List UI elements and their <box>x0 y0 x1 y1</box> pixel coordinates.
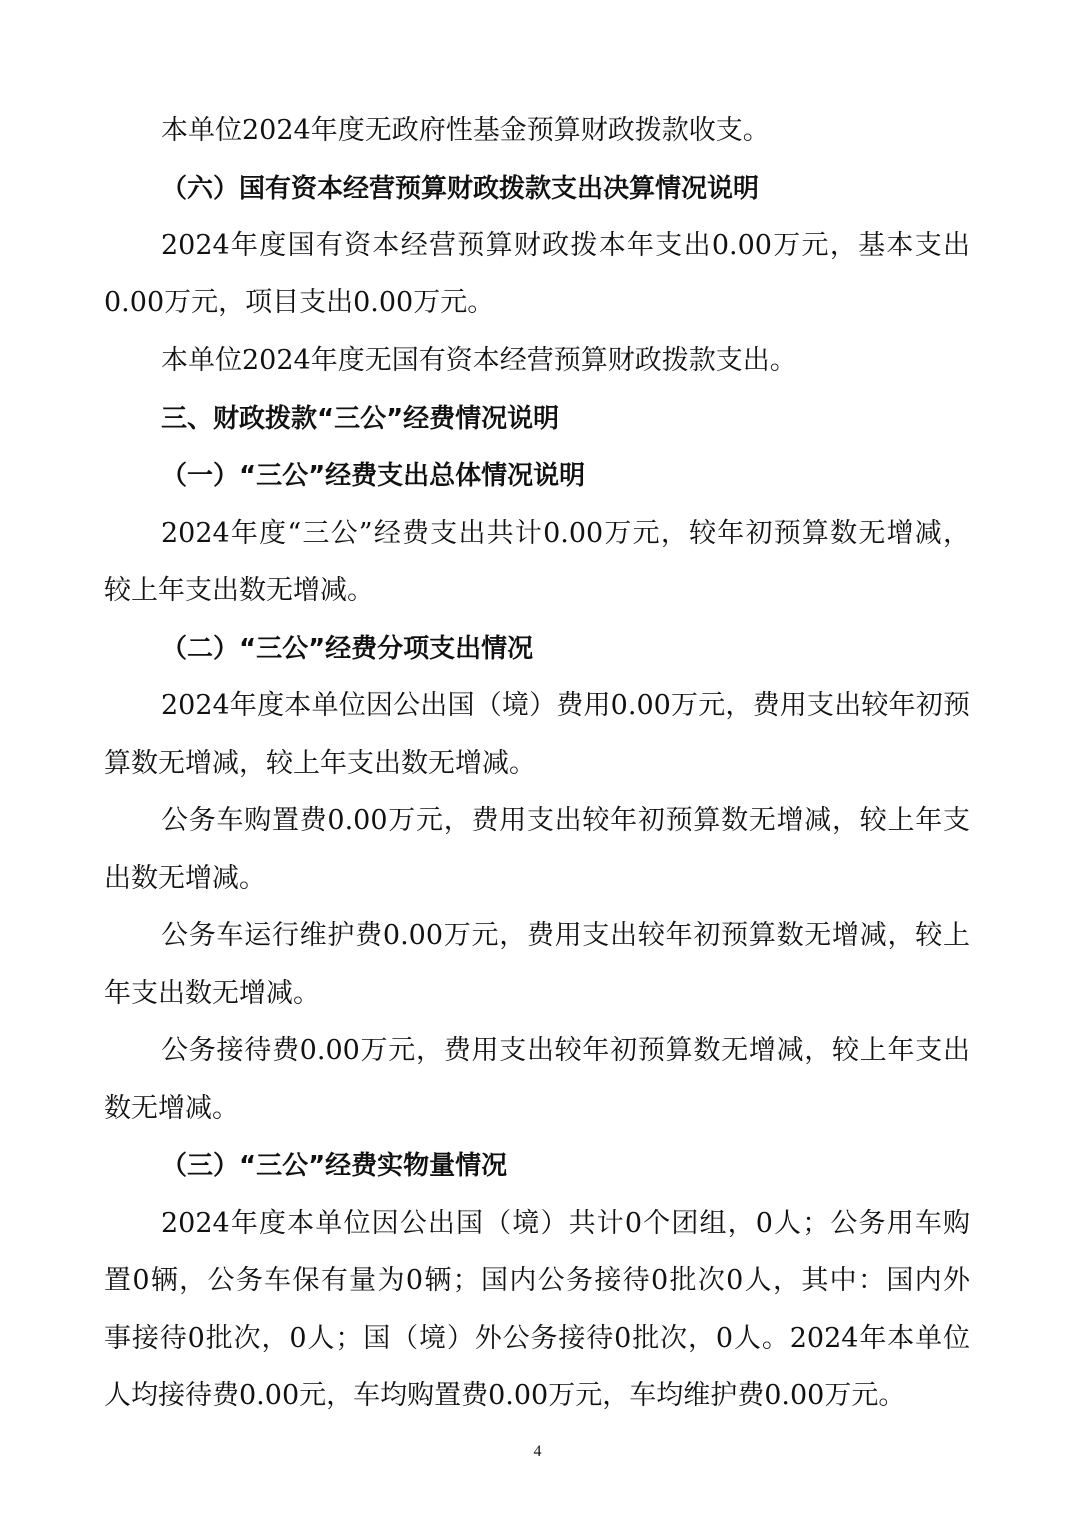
paragraph-line: 人均接待费0.00元，车均购置费0.00万元，车均维护费0.00万元。 <box>0 1381 1075 1411</box>
paragraph-line: 出数无增减。 <box>0 864 1075 894</box>
paragraph-line: 公务车运行维护费0.00万元，费用支出较年初预算数无增减，较上 <box>161 921 970 951</box>
paragraph-line: 本单位2024年度无政府性基金预算财政拨款收支。 <box>0 116 1075 146</box>
paragraph-line: 事接待0批次，0人；国（境）外公务接待0批次，0人。2024年本单位 <box>104 1324 970 1354</box>
paragraph-line: 置0辆，公务车保有量为0辆；国内公务接待0批次0人，其中：国内外 <box>104 1266 970 1296</box>
paragraph-line: 年支出数无增减。 <box>0 979 1075 1009</box>
section-heading: 三、财政拨款“三公”经费情况说明 <box>0 404 1075 434</box>
paragraph-line: 2024年度本单位因公出国（境）费用0.00万元，费用支出较年初预 <box>161 691 970 721</box>
paragraph-line: 公务车购置费0.00万元，费用支出较年初预算数无增减，较上年支 <box>161 806 970 836</box>
paragraph-line: 2024年度本单位因公出国（境）共计0个团组，0人；公务用车购 <box>161 1209 970 1239</box>
paragraph-line: 本单位2024年度无国有资本经营预算财政拨款支出。 <box>0 346 1075 376</box>
paragraph-line: 2024年度国有资本经营预算财政拨本年支出0.00万元，基本支出 <box>161 231 970 261</box>
paragraph-line: 数无增减。 <box>0 1094 1075 1124</box>
paragraph-line: 2024年度“三公”经费支出共计0.00万元，较年初预算数无增减， <box>161 519 970 549</box>
section-heading: （六）国有资本经营预算财政拨款支出决算情况说明 <box>0 174 1075 204</box>
page-number: 4 <box>0 1443 1075 1461</box>
paragraph-line: 算数无增减，较上年支出数无增减。 <box>0 749 1075 779</box>
section-heading: （二）“三公”经费分项支出情况 <box>0 634 1075 664</box>
paragraph-line: 较上年支出数无增减。 <box>0 576 1075 606</box>
paragraph-line: 公务接待费0.00万元，费用支出较年初预算数无增减，较上年支出 <box>161 1036 970 1066</box>
section-heading: （一）“三公”经费支出总体情况说明 <box>0 461 1075 491</box>
paragraph-line: 0.00万元，项目支出0.00万元。 <box>0 288 1075 318</box>
section-heading: （三）“三公”经费实物量情况 <box>0 1151 1075 1181</box>
